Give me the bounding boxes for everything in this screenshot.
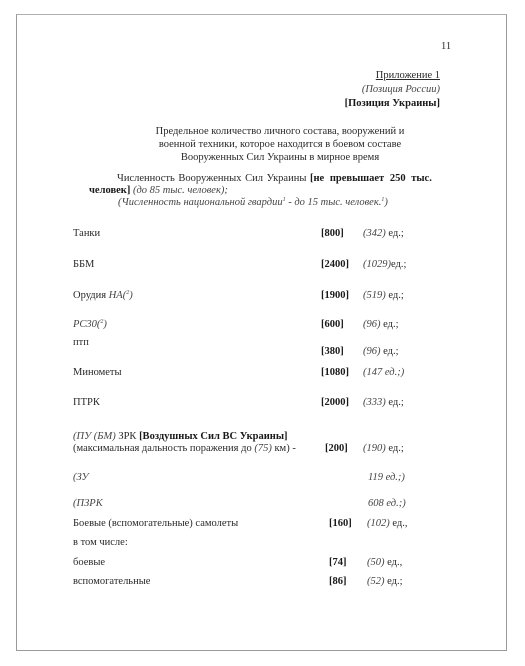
ukraine-value: [86] — [329, 576, 347, 588]
doc-title-line2: военной техники, которое находится в бое… — [90, 139, 470, 151]
ukraine-value: [200] — [325, 443, 348, 455]
row-label-auxiliary: вспомогательные — [73, 576, 150, 588]
doc-title-line3: Вооруженных Сил Украины в мирное время — [90, 152, 470, 164]
row-label-manpads: (ПЗРК — [73, 498, 103, 510]
russia-value: 608 ед.;) — [368, 498, 406, 510]
row-label-mortars: Минометы — [73, 367, 122, 379]
russia-value: (50) ед., — [367, 557, 402, 569]
row-label-tanks: Танки — [73, 228, 100, 240]
ukraine-position-label: [Позиция Украины] — [345, 98, 440, 110]
national-guard-line: (Численность национальной гвардии1 - до … — [118, 197, 388, 209]
russia-value: (147 ед.;) — [363, 367, 404, 379]
ukraine-value: [2400] — [321, 259, 349, 271]
row-label-aircraft: Боевые (вспомогательные) самолеты — [73, 518, 238, 530]
russia-value: (96) ед.; — [363, 319, 399, 331]
doc-title-line1: Предельное количество личного состава, в… — [90, 126, 470, 138]
russia-value: (102) ед., — [367, 518, 408, 530]
russia-value: (1029)ед.; — [363, 259, 406, 271]
personnel-line2: человек] (до 85 тыс. человек); — [89, 185, 228, 197]
row-label-aa-guns: (ЗУ — [73, 472, 89, 484]
row-label-including: в том числе: — [73, 537, 128, 549]
row-label-bbm: ББМ — [73, 259, 94, 271]
russia-value: (333) ед.; — [363, 397, 404, 409]
russia-value: 119 ед.;) — [368, 472, 405, 484]
russia-value: (519) ед.; — [363, 290, 404, 302]
page-number: 11 — [441, 41, 451, 53]
row-label-sam-range: (максимальная дальность поражения до (75… — [73, 443, 296, 455]
ukraine-value: [1900] — [321, 290, 349, 302]
ukraine-value: [800] — [321, 228, 344, 240]
russia-value: (52) ед.; — [367, 576, 403, 588]
russia-value: (342) ед.; — [363, 228, 404, 240]
ukraine-value: [74] — [329, 557, 347, 569]
ukraine-value: [600] — [321, 319, 344, 331]
row-label-ptp: птп — [73, 337, 89, 349]
row-label-combat: боевые — [73, 557, 105, 569]
row-label-sam: (ПУ (БМ) ЗРК [Воздушных Сил ВС Украины] — [73, 431, 288, 443]
russia-value: (96) ед.; — [363, 346, 399, 358]
ukraine-value: [160] — [329, 518, 352, 530]
ukraine-value: [380] — [321, 346, 344, 358]
row-label-rs30: РС30(2) — [73, 319, 107, 331]
personnel-line1: Численность Вооруженных Сил Украины [не … — [117, 173, 432, 185]
russia-position-label: (Позиция России) — [362, 84, 440, 96]
annex-title: Приложение 1 — [376, 70, 440, 82]
ukraine-value: [1080] — [321, 367, 349, 379]
russia-value: (190) ед.; — [363, 443, 404, 455]
row-label-artillery: Орудия НА(2) — [73, 290, 133, 302]
row-label-atgm: ПТРК — [73, 397, 100, 409]
ukraine-value: [2000] — [321, 397, 349, 409]
